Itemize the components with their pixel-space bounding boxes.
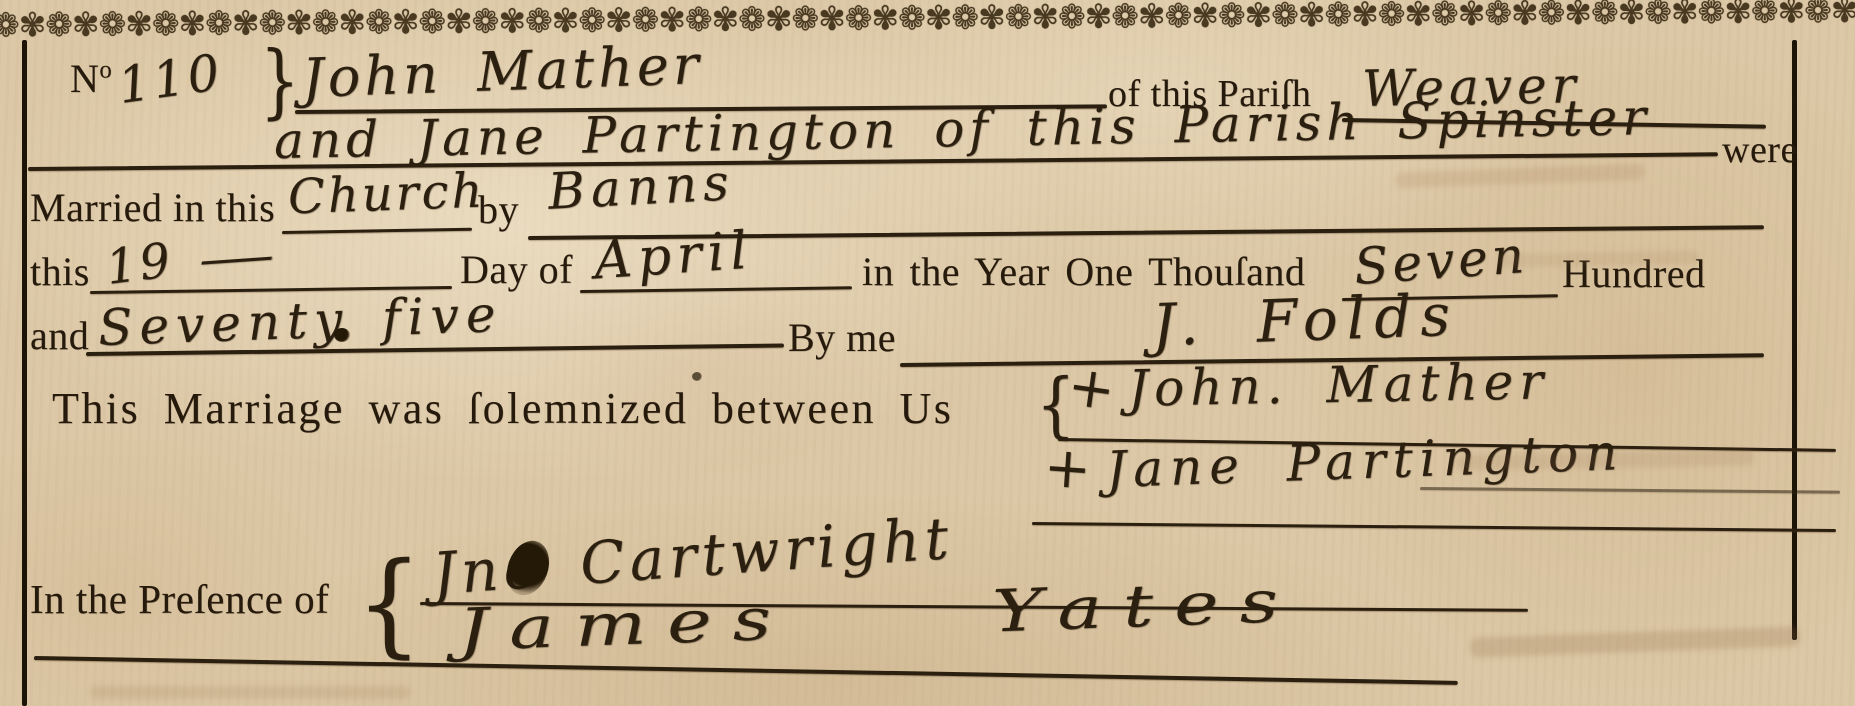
left-border-rule <box>22 40 27 706</box>
ruled-line <box>282 228 472 234</box>
ruled-line <box>1420 487 1840 494</box>
witness-brace: { <box>356 537 422 669</box>
entry-number-label: No <box>70 55 112 102</box>
by-me-label: By me <box>788 314 896 361</box>
bleed-ghost <box>90 686 410 699</box>
presence-label: In the Preſence of <box>30 575 329 623</box>
were-label: were <box>1722 128 1798 172</box>
ruled-line <box>1032 522 1836 532</box>
marriage-register-entry: ❁✾❁✾❁✾❁✾❁✾❁✾❁✾❁✾❁✾❁✾❁✾❁✾❁✾❁✾❁✾❁✾❁✾❁✾❁✾❁✾… <box>0 0 1855 706</box>
and-label: and <box>30 312 89 359</box>
this-label: this <box>30 248 90 295</box>
marriage-method-entry: Banns <box>547 153 736 221</box>
married-place-entry: Church <box>287 163 486 226</box>
groom-signature: John. Mather <box>1128 352 1550 417</box>
officiant-signature: J. Folds <box>1151 281 1460 360</box>
married-in-this-label: Married in this <box>30 184 275 231</box>
by-label: by <box>478 186 519 233</box>
groom-name-entry: John Mather <box>301 33 704 110</box>
bleed-ghost <box>1470 626 1800 658</box>
bride-signature-mark: + <box>1042 434 1093 502</box>
groom-signature-mark: + <box>1064 353 1120 424</box>
year-tens-entry: Seventy five <box>97 285 503 357</box>
entry-number-value: 110 <box>114 43 225 115</box>
ink-blot <box>334 328 350 342</box>
month-entry: April <box>592 221 755 292</box>
ruled-line <box>34 656 1458 685</box>
day-number-entry: 19 <box>103 232 176 296</box>
day-dash-entry: — <box>196 227 277 288</box>
solemnized-label: This Marriage was ſolemnized between Us <box>52 383 953 434</box>
bleed-ghost <box>1395 164 1645 189</box>
ink-blot <box>692 372 702 381</box>
